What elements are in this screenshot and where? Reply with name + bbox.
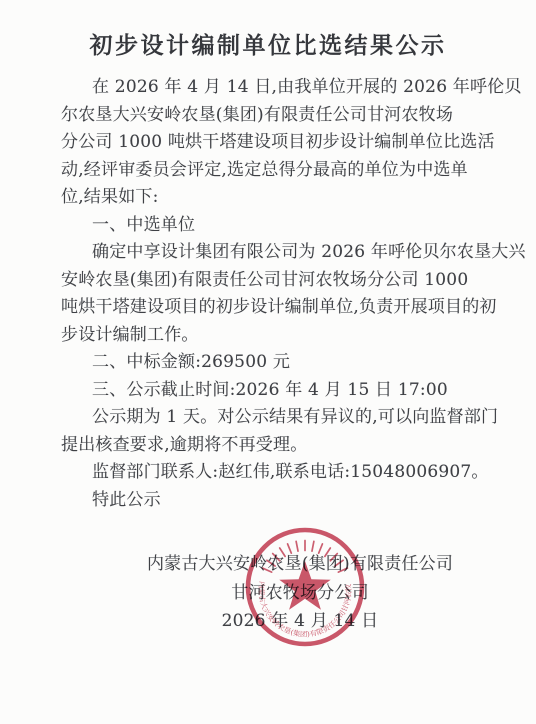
body-text: 在 2026 年 4 月 14 日,由我单位开展的 2026 年呼伦贝尔农垦大兴… (61, 74, 475, 514)
body-line: 二、中标金额:269500 元 (61, 349, 475, 377)
document-title: 初步设计编制单位比选结果公示 (0, 27, 536, 60)
body-line: 尔农垦大兴安岭农垦(集团)有限责任公司甘河农牧场 (61, 102, 475, 130)
body-line: 一、中选单位 (61, 212, 475, 240)
body-line: 公示期为 1 天。对公示结果有异议的,可以向监督部门 (61, 404, 475, 432)
seal-star-icon (279, 561, 330, 610)
body-line: 分公司 1000 吨烘干塔建设项目初步设计编制单位比选活 (61, 129, 475, 157)
body-line: 安岭农垦(集团)有限责任公司甘河农牧场分公司 1000 (61, 267, 475, 295)
official-seal: 内蒙古大兴安岭农垦(集团)有限责任公司甘河农牧场分公司 (245, 527, 365, 647)
body-line: 在 2026 年 4 月 14 日,由我单位开展的 2026 年呼伦贝 (61, 74, 475, 102)
body-line: 动,经评审委员会评定,选定总得分最高的单位为中选单 (61, 157, 475, 185)
body-line: 位,结果如下: (61, 184, 475, 212)
body-line: 监督部门联系人:赵红伟,联系电话:15048006907。 (61, 459, 475, 487)
body-line: 步设计编制工作。 (61, 322, 475, 350)
body-line: 三、公示截止时间:2026 年 4 月 15 日 17:00 (61, 377, 475, 405)
body-line: 提出核查要求,逾期将不再受理。 (61, 432, 475, 460)
document-page: 初步设计编制单位比选结果公示 在 2026 年 4 月 14 日,由我单位开展的… (0, 0, 536, 724)
body-line: 吨烘干塔建设项目的初步设计编制单位,负责开展项目的初 (61, 294, 475, 322)
body-line: 特此公示 (61, 487, 475, 515)
body-line: 确定中享设计集团有限公司为 2026 年呼伦贝尔农垦大兴 (61, 239, 475, 267)
